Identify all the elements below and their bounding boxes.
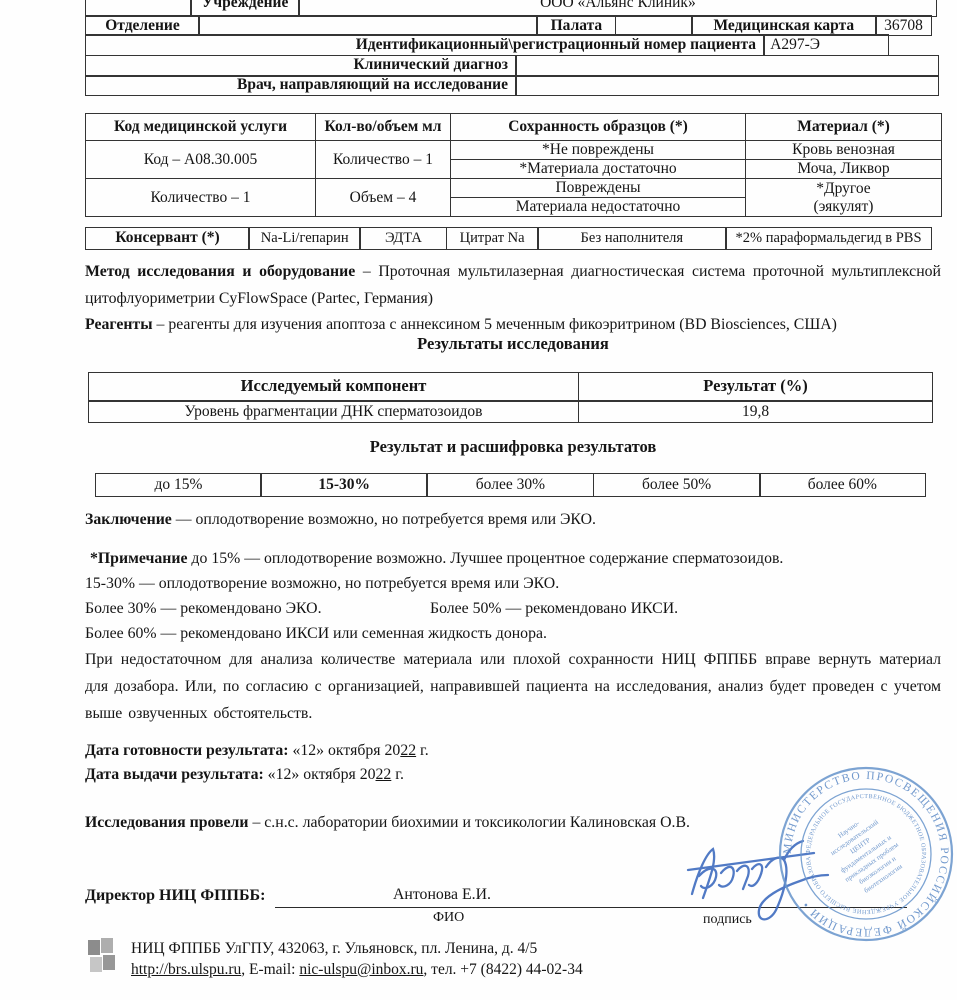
note-line-3b: Более 50% — рекомендовано ИКСИ. <box>430 600 678 617</box>
performed-by-text: – с.н.с. лаборатории биохимии и токсикол… <box>249 814 690 831</box>
table-row: до 15% 15-30% более 30% более 50% более … <box>95 473 933 497</box>
footer-address: НИЦ ФППББ УлГПУ, 432063, г. Ульяновск, п… <box>131 938 583 959</box>
preservative-citrate: Цитрат Na <box>446 227 539 250</box>
preservative-table: Консервант (*) Na-Li/гепарин ЭДТА Цитрат… <box>85 227 941 250</box>
urine-cell: Моча, Ликвор <box>746 160 942 179</box>
results-table: Исследуемый компонент Результат (%) Уров… <box>88 372 933 423</box>
date-ready-line: Дата готовности результата: «12» октября… <box>85 739 941 763</box>
table-row: Врач, направляющий на исследование <box>85 75 941 96</box>
scanned-lab-report: Учреждение ООО «Альянс Клиник» Отделение… <box>0 0 957 1000</box>
quantity2-value: Количество – 1 <box>86 179 316 217</box>
other-material-line1: *Другое <box>750 180 937 198</box>
spacer <box>887 34 937 56</box>
service-code-value: Код – А08.30.005 <box>86 141 316 179</box>
damaged-cell: Повреждены <box>451 179 746 198</box>
doctor-label: Врач, направляющий на исследование <box>85 75 517 96</box>
method-label: Метод исследования и оборудование <box>85 263 355 280</box>
note-line-3: Более 30% — рекомендовано ЭКО.Более 50% … <box>85 596 941 621</box>
col-header-sample-integrity: Сохранность образцов (*) <box>451 114 746 141</box>
other-material-line2: (эякулят) <box>750 198 937 216</box>
table-row: Код медицинской услуги Кол-во/объем мл С… <box>86 114 942 141</box>
preservative-edta: ЭДТА <box>359 227 447 250</box>
material-insufficient-cell: Материала недостаточно <box>451 198 746 217</box>
note-line-4: Более 60% — рекомендовано ИКСИ или семен… <box>85 621 941 646</box>
col-header-service-code: Код медицинской услуги <box>86 114 316 141</box>
disclaimer-paragraph: При недостаточном для анализа количестве… <box>85 646 941 727</box>
conclusion-line: Заключение — оплодотворение возможно, но… <box>85 511 941 529</box>
date-ready-pre: «12» октября 20 <box>289 742 401 759</box>
preservative-na-li: Na-Li/гепарин <box>248 227 361 250</box>
table-row: Количество – 1 Объем – 4 Повреждены *Дру… <box>86 179 942 198</box>
org-logo-icon <box>88 938 115 974</box>
reagents-label: Реагенты <box>85 316 153 333</box>
official-round-stamp: МИНИСТЕРСТВО ПРОСВЕЩЕНИЯ РОССИЙСКОЙ ФЕДЕ… <box>776 764 956 944</box>
footer: НИЦ ФППББ УлГПУ, 432063, г. Ульяновск, п… <box>88 938 583 980</box>
service-table: Код медицинской услуги Кол-во/объем мл С… <box>85 113 942 217</box>
table-row: Консервант (*) Na-Li/гепарин ЭДТА Цитрат… <box>85 227 941 250</box>
note-line-3a: Более 30% — рекомендовано ЭКО. <box>85 596 430 621</box>
note-line-1-text: до 15% — оплодотворение возможно. Лучшее… <box>187 550 783 567</box>
interpretation-title: Результат и расшифровка результатов <box>85 437 941 457</box>
ward-label: Палата <box>536 15 616 36</box>
footer-lines: НИЦ ФППББ УлГПУ, 432063, г. Ульяновск, п… <box>131 938 583 980</box>
result-header: Результат (%) <box>579 373 933 401</box>
preservative-pfa: *2% параформальдегид в PBS <box>725 227 932 250</box>
director-label: Директор НИЦ ФППББ: <box>85 887 265 905</box>
range-over-60: более 60% <box>759 473 926 497</box>
table-row: Код – А08.30.005 Количество – 1 *Не повр… <box>86 141 942 160</box>
reagents-text: – реагенты для изучения апоптоза с аннек… <box>153 316 837 333</box>
director-name: Антонова Е.И. <box>393 886 491 904</box>
table-row: Клинический диагноз <box>85 55 941 77</box>
footer-url: http://brs.ulspu.ru <box>131 961 241 978</box>
component-value: Уровень фрагментации ДНК сперматозоидов <box>89 401 579 423</box>
conclusion-text: — оплодотворение возможно, но потребуетс… <box>172 511 596 528</box>
range-over-50: более 50% <box>593 473 761 497</box>
note-line-2: 15-30% — оплодотворение возможно, но пот… <box>85 571 941 596</box>
footer-email: nic-ulspu@inbox.ru <box>299 961 423 978</box>
patient-id-label: Идентификационный\регистрационный номер … <box>85 34 765 56</box>
medcard-value: 36708 <box>875 15 932 36</box>
component-header: Исследуемый компонент <box>89 373 579 401</box>
result-value: 19,8 <box>579 401 933 423</box>
other-material-cell: *Другое (эякулят) <box>746 179 942 217</box>
col-header-quantity: Кол-во/объем мл <box>316 114 451 141</box>
fio-label: ФИО <box>433 910 464 926</box>
conclusion-label: Заключение <box>85 511 172 528</box>
date-issue-label: Дата выдачи результата: <box>85 766 264 783</box>
range-15-30: 15-30% <box>260 473 428 497</box>
quantity-value: Количество – 1 <box>316 141 451 179</box>
header-table: Учреждение ООО «Альянс Клиник» Отделение… <box>85 0 941 96</box>
col-header-material: Материал (*) <box>746 114 942 141</box>
date-issue-year: 22 <box>376 766 392 783</box>
note-block: *Примечание до 15% — оплодотворение возм… <box>85 546 941 646</box>
diagnosis-label: Клинический диагноз <box>85 55 517 77</box>
footer-contacts: http://brs.ulspu.ru, E-mail: nic-ulspu@i… <box>131 959 583 980</box>
range-under-15: до 15% <box>95 473 262 497</box>
department-label: Отделение <box>85 15 200 36</box>
ward-value <box>615 15 693 36</box>
date-issue-pre: «12» октября 20 <box>264 766 376 783</box>
ranges-table: до 15% 15-30% более 30% более 50% более … <box>95 473 933 497</box>
date-issue-post: г. <box>391 766 404 783</box>
note-label: *Примечание <box>90 550 187 567</box>
date-ready-label: Дата готовности результата: <box>85 742 289 759</box>
department-value <box>198 15 538 36</box>
blood-cell: Кровь венозная <box>746 141 942 160</box>
doctor-value <box>515 75 939 96</box>
range-over-30: более 30% <box>426 473 594 497</box>
note-line-1: *Примечание до 15% — оплодотворение возм… <box>85 546 941 571</box>
table-row: Исследуемый компонент Результат (%) <box>89 373 933 401</box>
table-row: Отделение Палата Медицинская карта 36708 <box>85 15 941 36</box>
diagnosis-value <box>515 55 939 77</box>
patient-id-value: А297-Э <box>763 34 889 56</box>
table-row: Идентификационный\регистрационный номер … <box>85 34 941 56</box>
material-enough-cell: *Материала достаточно <box>451 160 746 179</box>
volume-value: Объем – 4 <box>316 179 451 217</box>
medcard-label: Медицинская карта <box>691 15 877 36</box>
method-paragraph: Метод исследования и оборудование – Прот… <box>85 258 941 312</box>
preservative-label: Консервант (*) <box>85 227 250 250</box>
date-ready-year: 22 <box>400 742 416 759</box>
not-damaged-cell: *Не повреждены <box>451 141 746 160</box>
preservative-none: Без наполнителя <box>537 227 727 250</box>
date-ready-post: г. <box>416 742 429 759</box>
table-row: Уровень фрагментации ДНК сперматозоидов … <box>89 401 933 423</box>
results-title: Результаты исследования <box>85 334 941 354</box>
performed-by-label: Исследования провели <box>85 814 249 831</box>
footer-email-label: , E-mail: <box>241 961 299 978</box>
footer-phone: , тел. +7 (8422) 44-02-34 <box>423 961 582 978</box>
